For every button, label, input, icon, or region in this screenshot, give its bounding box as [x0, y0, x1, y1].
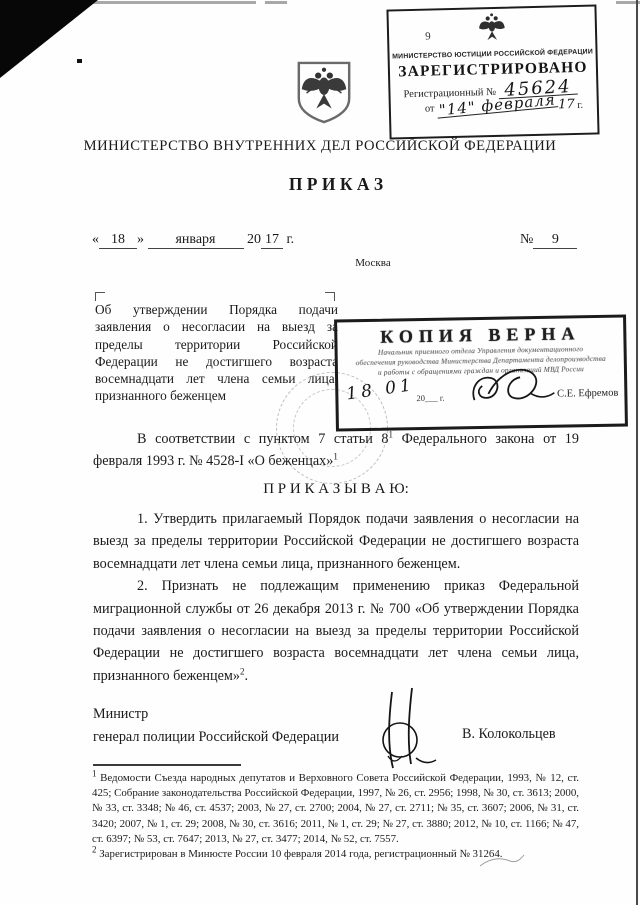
minister-signature-icon [378, 686, 440, 781]
scan-right-edge-line [636, 0, 638, 905]
copy-stamp-date-handwritten: 18 01 [345, 375, 416, 404]
order-item-2: 2. Признать не подлежащим применению при… [93, 575, 579, 687]
subject-corner-mark-left [95, 292, 105, 301]
order-item-1: 1. Утвердить прилагаемый Порядок подачи … [93, 508, 579, 575]
scan-speck [77, 59, 82, 63]
year-value: 17 [261, 232, 283, 249]
year-suffix: г. [577, 100, 583, 111]
copy-stamp-signer-name: С.Е. Ефремов [557, 388, 618, 400]
order-items: 1. Утвердить прилагаемый Порядок подачи … [93, 508, 579, 687]
open-quote: « [92, 232, 99, 247]
city-label: Москва [323, 257, 423, 269]
order-item-2-text: 2. Признать не подлежащим применению при… [93, 578, 579, 684]
order-item-2-end: . [244, 668, 248, 684]
registration-year-handwritten: 17 [558, 97, 575, 112]
footnote-rule [93, 764, 241, 766]
intro-paragraph: В соответствии с пунктом 7 статьи 81 Фед… [93, 428, 579, 473]
page-number-mark: 9 [425, 31, 431, 43]
signer-title-line1: Министр [93, 703, 339, 726]
ministry-header: МИНИСТЕРСТВО ВНУТРЕННИХ ДЕЛ РОССИЙСКОЙ Ф… [77, 138, 563, 155]
subject-block: Об утверждении Порядка подачи заявления … [95, 301, 338, 405]
document-type-title: П Р И К А З [93, 174, 579, 195]
scan-top-line-segment [265, 1, 287, 4]
number-label: № [520, 232, 533, 247]
day-value: 18 [99, 232, 137, 249]
minjust-registration-stamp: 9 МИНИСТЕРСТВО ЮСТИЦИИ РОССИЙСКОЙ ФЕДЕРА… [386, 4, 599, 139]
copy-stamp-signature-row: 18 01 20___ г. С.Е. Ефремов [338, 374, 625, 419]
signer-titles: Министр генерал полиции Российской Федер… [93, 703, 339, 749]
minjust-eagle-icon [389, 9, 596, 53]
from-label: от [425, 103, 435, 114]
month-value: января [148, 232, 244, 249]
order-word: П Р И К А З Ы В А Ю: [93, 481, 579, 498]
scan-corner-fold-artifact [0, 0, 98, 78]
document-page: 9 МИНИСТЕРСТВО ЮСТИЦИИ РОССИЙСКОЙ ФЕДЕРА… [0, 0, 640, 905]
century-value: 20 [247, 232, 261, 247]
number-value: 9 [533, 232, 577, 249]
copy-verna-stamp: КОПИЯ ВЕРНА Начальник приемного отдела У… [334, 314, 628, 431]
footnote-1: 1 Ведомости Съезда народных депутатов и … [92, 771, 579, 847]
copy-stamp-printed-year: 20___ г. [416, 393, 444, 403]
intro-text-1: В соответствии с пунктом 7 статьи 8 [137, 431, 389, 447]
footnote-ref-1b: 1 [333, 452, 338, 462]
subject-corner-mark-right [325, 292, 335, 301]
copy-stamp-signature-icon [468, 363, 559, 416]
signer-name: В. Колокольцев [462, 726, 556, 743]
signer-title-line2: генерал полиции Российской Федерации [93, 726, 339, 749]
footnote-2-text: Зарегистрирован в Минюсте России 10 февр… [97, 848, 503, 860]
document-number: №9 [520, 232, 577, 249]
mvd-coat-of-arms-icon [293, 60, 355, 131]
close-quote: » [137, 232, 144, 247]
pencil-squiggle-artifact [478, 852, 526, 875]
footnotes: 1 Ведомости Съезда народных депутатов и … [92, 771, 579, 862]
footnote-1-text: Ведомости Съезда народных депутатов и Ве… [92, 772, 579, 845]
date-line: «18» января 2017 г. [92, 232, 294, 249]
year-suffix: г. [287, 232, 295, 247]
